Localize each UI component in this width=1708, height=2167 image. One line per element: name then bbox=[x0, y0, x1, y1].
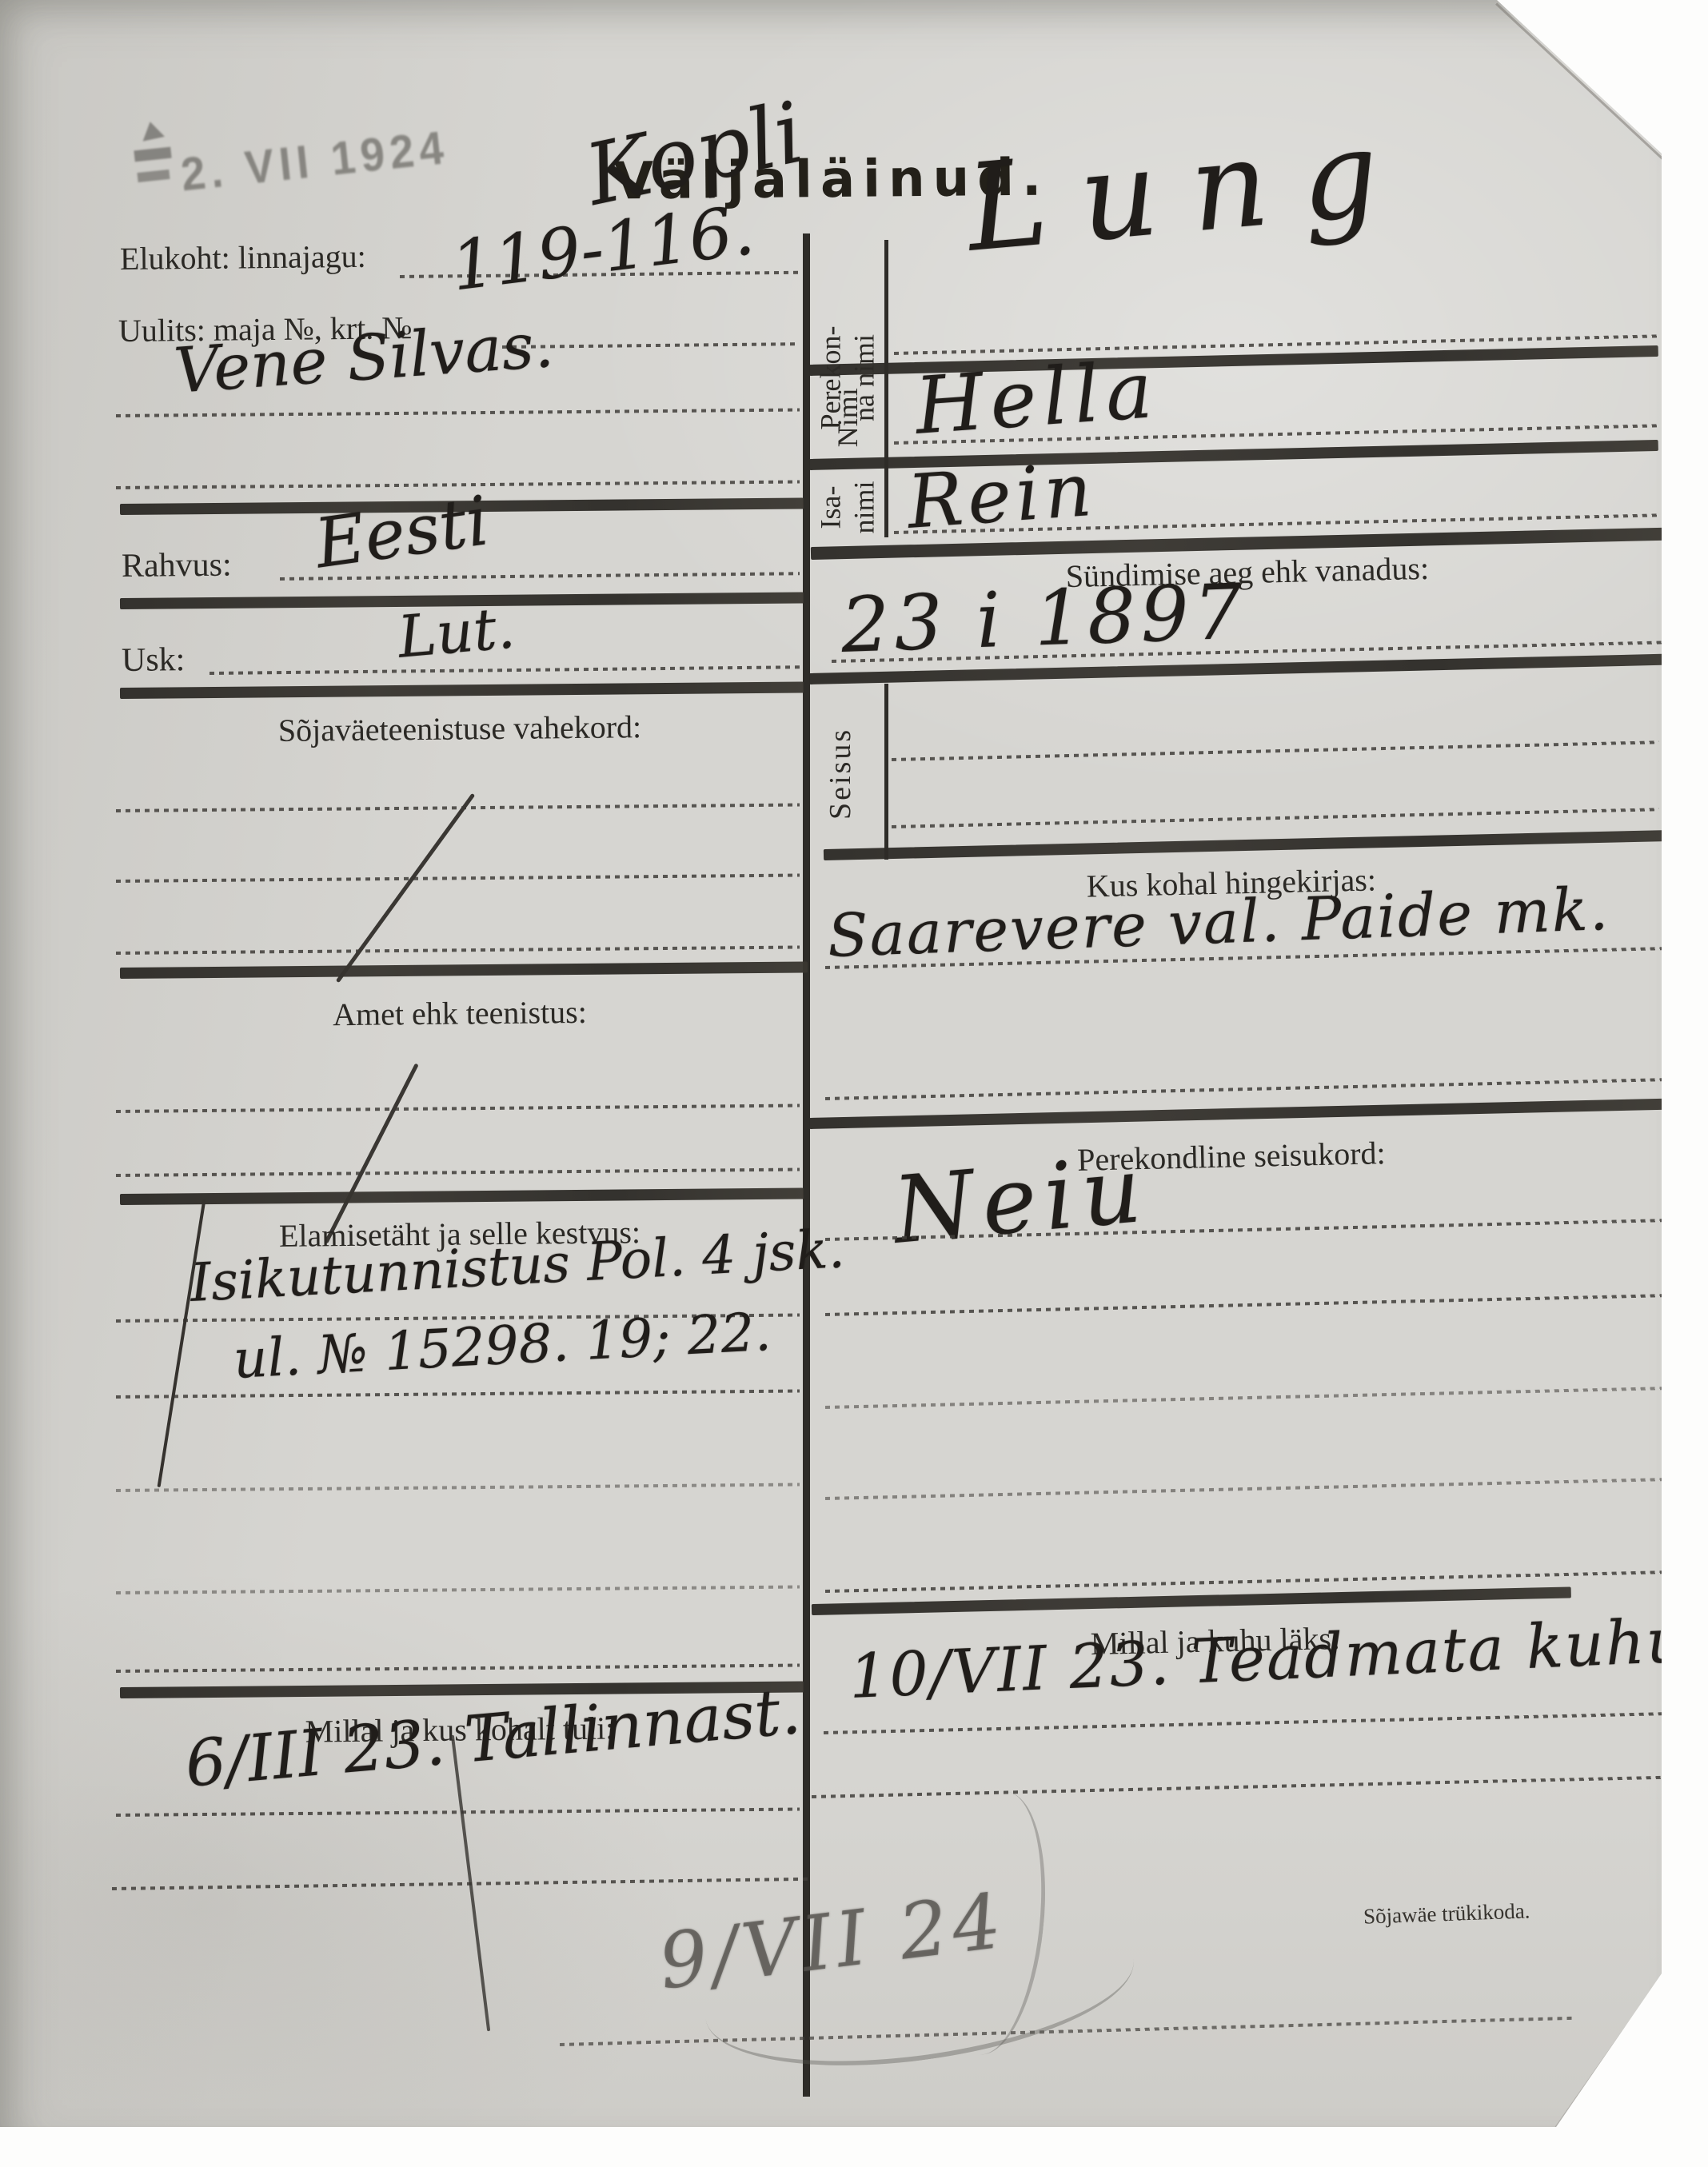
dotted-line bbox=[116, 1390, 800, 1399]
isanimi-label-line2: nimi bbox=[848, 469, 881, 546]
field-label-elukoht: Elukoht: linnajagu: bbox=[120, 237, 366, 277]
paper-sheet: 2. VII 1924 Väljaläinud. Elukoht: linnaj… bbox=[0, 0, 1708, 2167]
stamp-mark bbox=[137, 170, 170, 182]
dotted-line bbox=[116, 874, 800, 883]
printer-credit: Sõjawäe trükikoda. bbox=[1363, 1898, 1530, 1929]
dotted-line bbox=[825, 1478, 1663, 1500]
handwriting-perekonnanimi-value: Lung bbox=[961, 102, 1417, 279]
vertical-label-seisus: Seisus bbox=[806, 688, 876, 860]
crossed-out-slash bbox=[336, 793, 476, 984]
fold-crease bbox=[1495, 3, 1663, 160]
dotted-line bbox=[116, 1664, 800, 1673]
handwriting-rahvus-value: Eesti bbox=[310, 481, 493, 584]
dotted-line bbox=[824, 1712, 1663, 1734]
dotted-line bbox=[825, 1078, 1663, 1100]
scanned-document: 2. VII 1924 Väljaläinud. Elukoht: linnaj… bbox=[0, 0, 1708, 2167]
handwriting-elamisetaht-line2: ul. № 15298. 19; 22. bbox=[232, 1301, 772, 1391]
section-bar bbox=[812, 1586, 1571, 1615]
section-bar bbox=[809, 1099, 1663, 1129]
vertical-label-nimi: Nimi bbox=[809, 376, 886, 460]
section-bar bbox=[824, 830, 1663, 860]
field-label-sojavae: Sõjaväeteenistuse vahekord: bbox=[120, 706, 800, 751]
dotted-line bbox=[116, 1483, 800, 1492]
dotted-line bbox=[116, 1104, 800, 1113]
dotted-line bbox=[116, 1586, 800, 1594]
dotted-line bbox=[812, 1776, 1663, 1798]
dotted-line bbox=[116, 1168, 800, 1177]
label-column-rule bbox=[884, 684, 888, 860]
dotted-line bbox=[116, 1808, 800, 1817]
dotted-line bbox=[892, 740, 1659, 761]
field-label-usk: Usk: bbox=[122, 641, 186, 680]
handwriting-usk-value: Lut. bbox=[395, 593, 517, 670]
dotted-line bbox=[825, 1294, 1663, 1316]
isanimi-label-line1: Isa- bbox=[814, 469, 848, 546]
handwriting-nimi-value: Hella bbox=[912, 345, 1162, 453]
section-bar bbox=[120, 961, 808, 979]
nimi-label: Nimi bbox=[832, 389, 864, 448]
stamp-mark bbox=[134, 147, 171, 162]
section-bar bbox=[120, 682, 804, 699]
seisus-label: Seisus bbox=[824, 728, 858, 820]
stamp-mark bbox=[139, 119, 165, 141]
field-label-amet: Amet ehk teenistus: bbox=[120, 991, 800, 1036]
dotted-line bbox=[825, 1387, 1663, 1409]
dotted-line bbox=[116, 946, 800, 955]
field-label-rahvus: Rahvus: bbox=[122, 546, 232, 585]
dotted-line bbox=[112, 1878, 808, 1890]
handwriting-isanimi-value: Rein bbox=[904, 447, 1099, 545]
dotted-line bbox=[892, 808, 1659, 828]
handwriting-perekondline-value: Neiu bbox=[889, 1135, 1153, 1264]
corner-cut-shadow bbox=[1555, 1973, 1665, 2128]
vertical-label-isanimi: Isa- nimi bbox=[809, 465, 886, 549]
dotted-line bbox=[116, 409, 800, 417]
section-bar bbox=[120, 1188, 804, 1205]
dotted-line bbox=[210, 665, 800, 675]
